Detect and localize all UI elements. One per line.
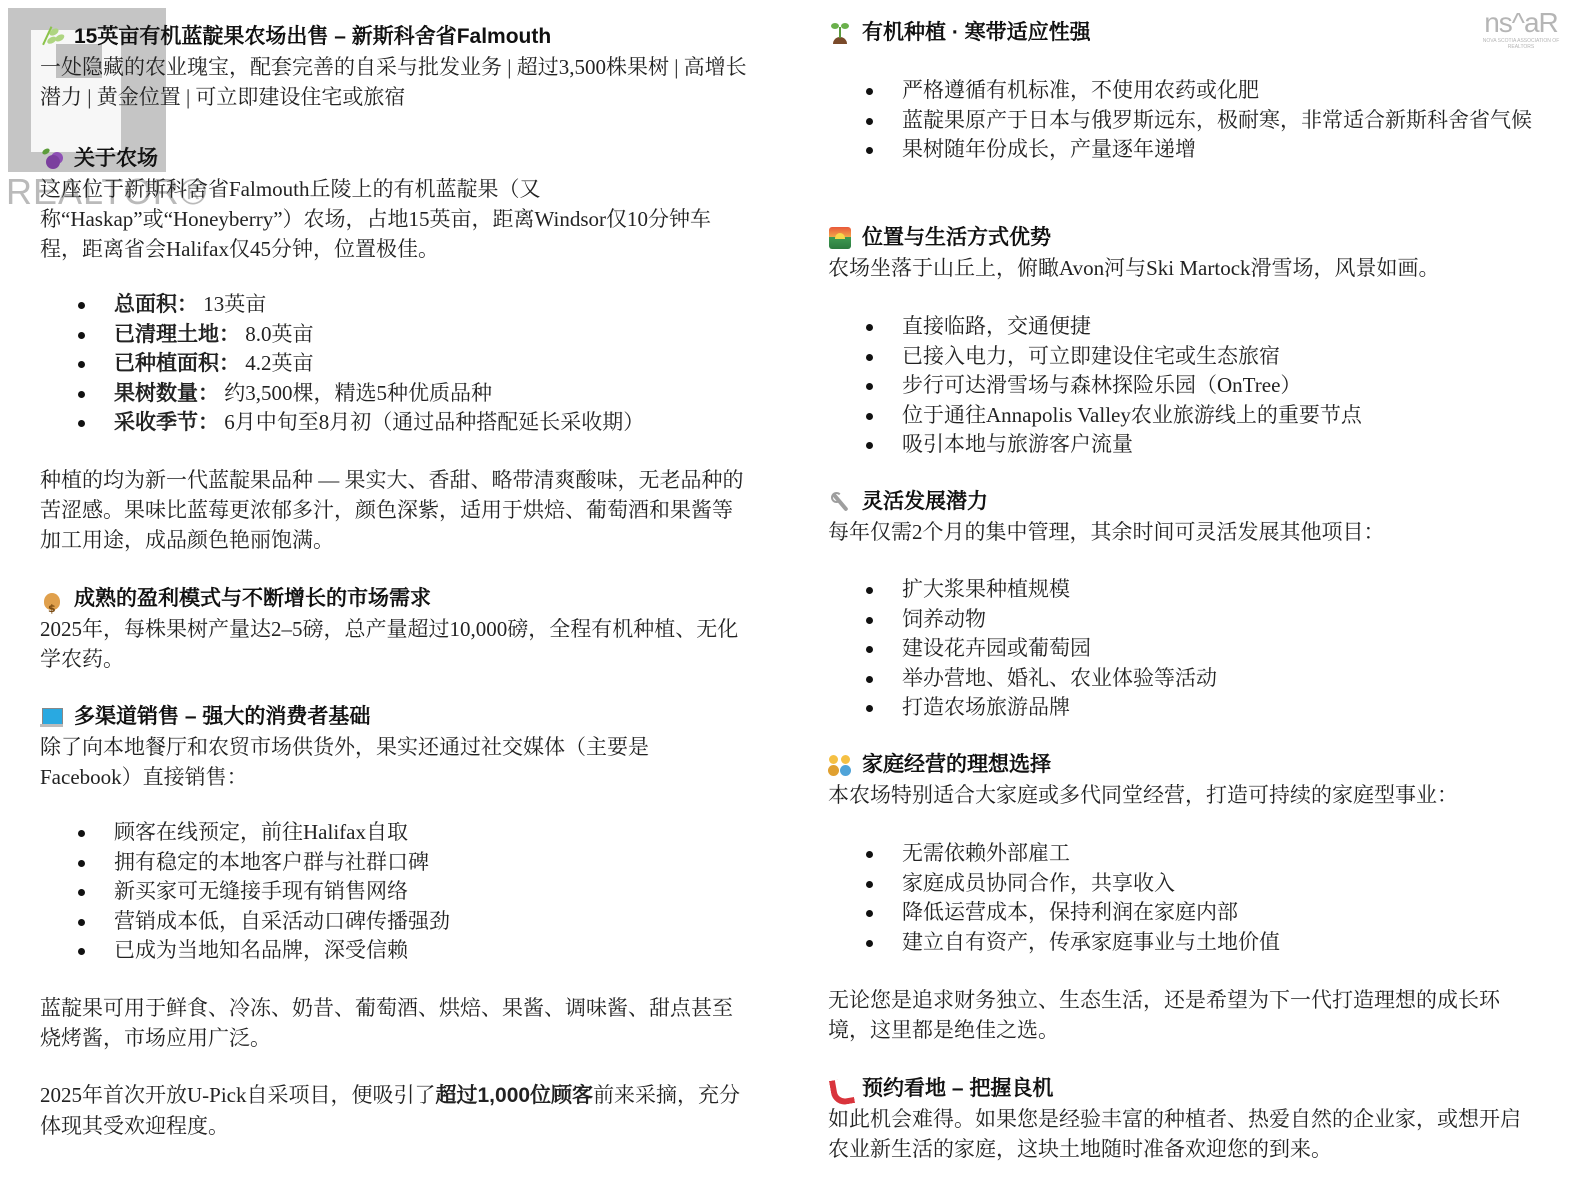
section-organic: 有机种植 · 寒带适应性强: [828, 18, 1548, 48]
fact-item: 已种植面积： 4.2英亩: [40, 349, 780, 379]
section-sales: 多渠道销售 – 强大的消费者基础 除了向本地餐厅和农贸市场供货外，果实还通过社交…: [40, 702, 780, 792]
section-profit: 成熟的盈利模式与不断增长的市场需求 2025年，每株果树产量达2–5磅，总产量超…: [40, 584, 780, 674]
listing-title-block: 15英亩有机蓝靛果农场出售 – 新斯科舍省Falmouth 一处隐藏的农业瑰宝，…: [40, 22, 780, 112]
section-contact: 预约看地 – 把握良机 如此机会难得。如果您是经验丰富的种植者、热爱自然的企业家…: [828, 1074, 1548, 1164]
closing-paragraph: 无论您是追求财务独立、生态生活，还是希望为下一代打造理想的成长环境，这里都是绝佳…: [828, 985, 1538, 1045]
potential-item: 扩大浆果种植规模: [828, 575, 1548, 605]
heading-text: 预约看地 – 把握良机: [862, 1074, 1053, 1104]
fact-label: 已种植面积：: [114, 352, 240, 375]
fact-value: 约3,500棵，精选5种优质品种: [224, 381, 492, 405]
uses-paragraph: 蓝靛果可用于鲜食、冷冻、奶昔、葡萄酒、烘焙、果酱、调味酱、甜点甚至烧烤酱，市场应…: [40, 993, 752, 1053]
fact-item: 果树数量： 约3,500棵，精选5种优质品种: [40, 379, 780, 409]
section-family: 家庭经营的理想选择 本农场特别适合大家庭或多代同堂经营，打造可持续的家庭型事业：: [828, 750, 1548, 810]
potential-item: 建设花卉园或葡萄园: [828, 634, 1548, 664]
family-item: 无需依赖外部雇工: [828, 839, 1548, 869]
contact-text: 如此机会难得。如果您是经验丰富的种植者、热爱自然的企业家，或想开启农业新生活的家…: [828, 1104, 1538, 1164]
family-item: 建立自有资产，传承家庭事业与土地价值: [828, 928, 1548, 958]
fact-label: 采收季节：: [114, 411, 219, 434]
location-item: 吸引本地与旅游客户流量: [828, 430, 1548, 460]
family-list: 无需依赖外部雇工 家庭成员协同合作，共享收入 降低运营成本，保持利润在家庭内部 …: [828, 839, 1548, 957]
uses-paragraph-block: 蓝靛果可用于鲜食、冷冻、奶昔、葡萄酒、烘焙、果酱、调味酱、甜点甚至烧烤酱，市场应…: [40, 993, 780, 1053]
family-item: 家庭成员协同合作，共享收入: [828, 869, 1548, 899]
heading-text: 有机种植 · 寒带适应性强: [862, 18, 1091, 48]
section-heading-profit: 成熟的盈利模式与不断增长的市场需求: [40, 584, 780, 614]
section-heading-potential: 灵活发展潜力: [828, 487, 1548, 517]
heading-text: 家庭经营的理想选择: [862, 750, 1051, 780]
money-bag-icon: [40, 587, 64, 611]
fact-value: 6月中旬至8月初（通过品种搭配延长采收期）: [224, 410, 644, 434]
variety-paragraph-block: 种植的均为新一代蓝靛果品种 — 果实大、香甜、略带清爽酸味，无老品种的苦涩感。果…: [40, 465, 780, 555]
landscape-icon: [828, 226, 852, 250]
location-item: 步行可达滑雪场与森林探险乐园（OnTree）: [828, 371, 1548, 401]
potential-item: 举办营地、婚礼、农业体验等活动: [828, 664, 1548, 694]
location-text: 农场坐落于山丘上，俯瞰Avon河与Ski Martock滑雪场，风景如画。: [828, 253, 1548, 283]
sales-item: 新买家可无缝接手现有销售网络: [40, 877, 780, 907]
listing-subtitle: 一处隐藏的农业瑰宝，配套完善的自采与批发业务 | 超过3,500株果树 | 高增…: [40, 52, 760, 112]
heading-text: 关于农场: [74, 144, 158, 174]
family-icon: [828, 753, 852, 777]
listing-title: 15英亩有机蓝靛果农场出售 – 新斯科舍省Falmouth: [40, 22, 780, 52]
fact-item: 总面积： 13英亩: [40, 290, 780, 320]
section-potential: 灵活发展潜力 每年仅需2个月的集中管理，其余时间可灵活发展其他项目：: [828, 487, 1548, 547]
section-heading-location: 位置与生活方式优势: [828, 223, 1548, 253]
fact-label: 已清理土地：: [114, 323, 240, 346]
location-item: 已接入电力，可立即建设住宅或生态旅宿: [828, 342, 1548, 372]
herb-leaf-icon: [40, 25, 64, 49]
potential-item: 打造农场旅游品牌: [828, 693, 1548, 723]
section-heading-about: 关于农场: [40, 144, 780, 174]
sales-item: 顾客在线预定，前往Halifax自取: [40, 818, 780, 848]
organic-item: 严格遵循有机标准，不使用农药或化肥: [828, 76, 1548, 106]
location-list: 直接临路，交通便捷 已接入电力，可立即建设住宅或生态旅宿 步行可达滑雪场与森林探…: [828, 312, 1548, 460]
heading-text: 成熟的盈利模式与不断增长的市场需求: [74, 584, 431, 614]
fact-item: 已清理土地： 8.0英亩: [40, 320, 780, 350]
upick-paragraph-block: 2025年首次开放U-Pick自采项目，便吸引了超过1,000位顾客前来采摘，充…: [40, 1080, 780, 1141]
upick-text-pre: 2025年首次开放U-Pick自采项目，便吸引了: [40, 1083, 436, 1107]
section-heading-family: 家庭经营的理想选择: [828, 750, 1548, 780]
potential-list: 扩大浆果种植规模 饲养动物 建设花卉园或葡萄园 举办营地、婚礼、农业体验等活动 …: [828, 575, 1548, 723]
laptop-icon: [40, 705, 64, 729]
heading-text: 多渠道销售 – 强大的消费者基础: [74, 702, 370, 732]
fact-value: 8.0英亩: [245, 322, 313, 346]
farm-facts-list: 总面积： 13英亩 已清理土地： 8.0英亩 已种植面积： 4.2英亩 果树数量…: [40, 290, 780, 438]
section-heading-contact: 预约看地 – 把握良机: [828, 1074, 1548, 1104]
section-heading-sales: 多渠道销售 – 强大的消费者基础: [40, 702, 780, 732]
potential-text: 每年仅需2个月的集中管理，其余时间可灵活发展其他项目：: [828, 517, 1548, 547]
organic-list: 严格遵循有机标准，不使用农药或化肥 蓝靛果原产于日本与俄罗斯远东，极耐寒，非常适…: [828, 76, 1548, 165]
fact-value: 4.2英亩: [245, 351, 313, 375]
wrench-icon: [828, 490, 852, 514]
fact-label: 果树数量：: [114, 382, 219, 405]
about-text: 这座位于新斯科舍省Falmouth丘陵上的有机蓝靛果（又称“Haskap”或“H…: [40, 174, 752, 264]
closing-paragraph-block: 无论您是追求财务独立、生态生活，还是希望为下一代打造理想的成长环境，这里都是绝佳…: [828, 985, 1548, 1045]
grape-icon: [40, 147, 64, 171]
listing-title-text: 15英亩有机蓝靛果农场出售 – 新斯科舍省Falmouth: [74, 22, 551, 52]
fact-item: 采收季节： 6月中旬至8月初（通过品种搭配延长采收期）: [40, 408, 780, 438]
section-about: 关于农场 这座位于新斯科舍省Falmouth丘陵上的有机蓝靛果（又称“Haska…: [40, 144, 780, 264]
section-heading-organic: 有机种植 · 寒带适应性强: [828, 18, 1548, 48]
profit-text: 2025年，每株果树产量达2–5磅，总产量超过10,000磅，全程有机种植、无化…: [40, 614, 752, 674]
sales-list: 顾客在线预定，前往Halifax自取 拥有稳定的本地客户群与社群口碑 新买家可无…: [40, 818, 780, 966]
upick-paragraph: 2025年首次开放U-Pick自采项目，便吸引了超过1,000位顾客前来采摘，充…: [40, 1080, 752, 1141]
location-item: 直接临路，交通便捷: [828, 312, 1548, 342]
location-item: 位于通往Annapolis Valley农业旅游线上的重要节点: [828, 401, 1548, 431]
family-text: 本农场特别适合大家庭或多代同堂经营，打造可持续的家庭型事业：: [828, 780, 1548, 810]
variety-paragraph: 种植的均为新一代蓝靛果品种 — 果实大、香甜、略带清爽酸味，无老品种的苦涩感。果…: [40, 465, 752, 555]
sales-item: 已成为当地知名品牌，深受信赖: [40, 936, 780, 966]
seedling-icon: [828, 21, 852, 45]
sales-text: 除了向本地餐厅和农贸市场供货外，果实还通过社交媒体（主要是Facebook）直接…: [40, 732, 720, 792]
heading-text: 灵活发展潜力: [862, 487, 988, 517]
fact-value: 13英亩: [203, 292, 266, 316]
organic-item: 蓝靛果原产于日本与俄罗斯远东，极耐寒，非常适合新斯科舍省气候: [828, 106, 1542, 136]
organic-item: 果树随年份成长，产量逐年递增: [828, 135, 1548, 165]
sales-item: 拥有稳定的本地客户群与社群口碑: [40, 848, 780, 878]
potential-item: 饲养动物: [828, 605, 1548, 635]
family-item: 降低运营成本，保持利润在家庭内部: [828, 898, 1548, 928]
sales-item: 营销成本低，自采活动口碑传播强劲: [40, 907, 780, 937]
section-location: 位置与生活方式优势 农场坐落于山丘上，俯瞰Avon河与Ski Martock滑雪…: [828, 223, 1548, 283]
heading-text: 位置与生活方式优势: [862, 223, 1051, 253]
phone-icon: [828, 1077, 852, 1101]
fact-label: 总面积：: [114, 293, 198, 316]
upick-highlight: 超过1,000位顾客: [436, 1084, 594, 1107]
